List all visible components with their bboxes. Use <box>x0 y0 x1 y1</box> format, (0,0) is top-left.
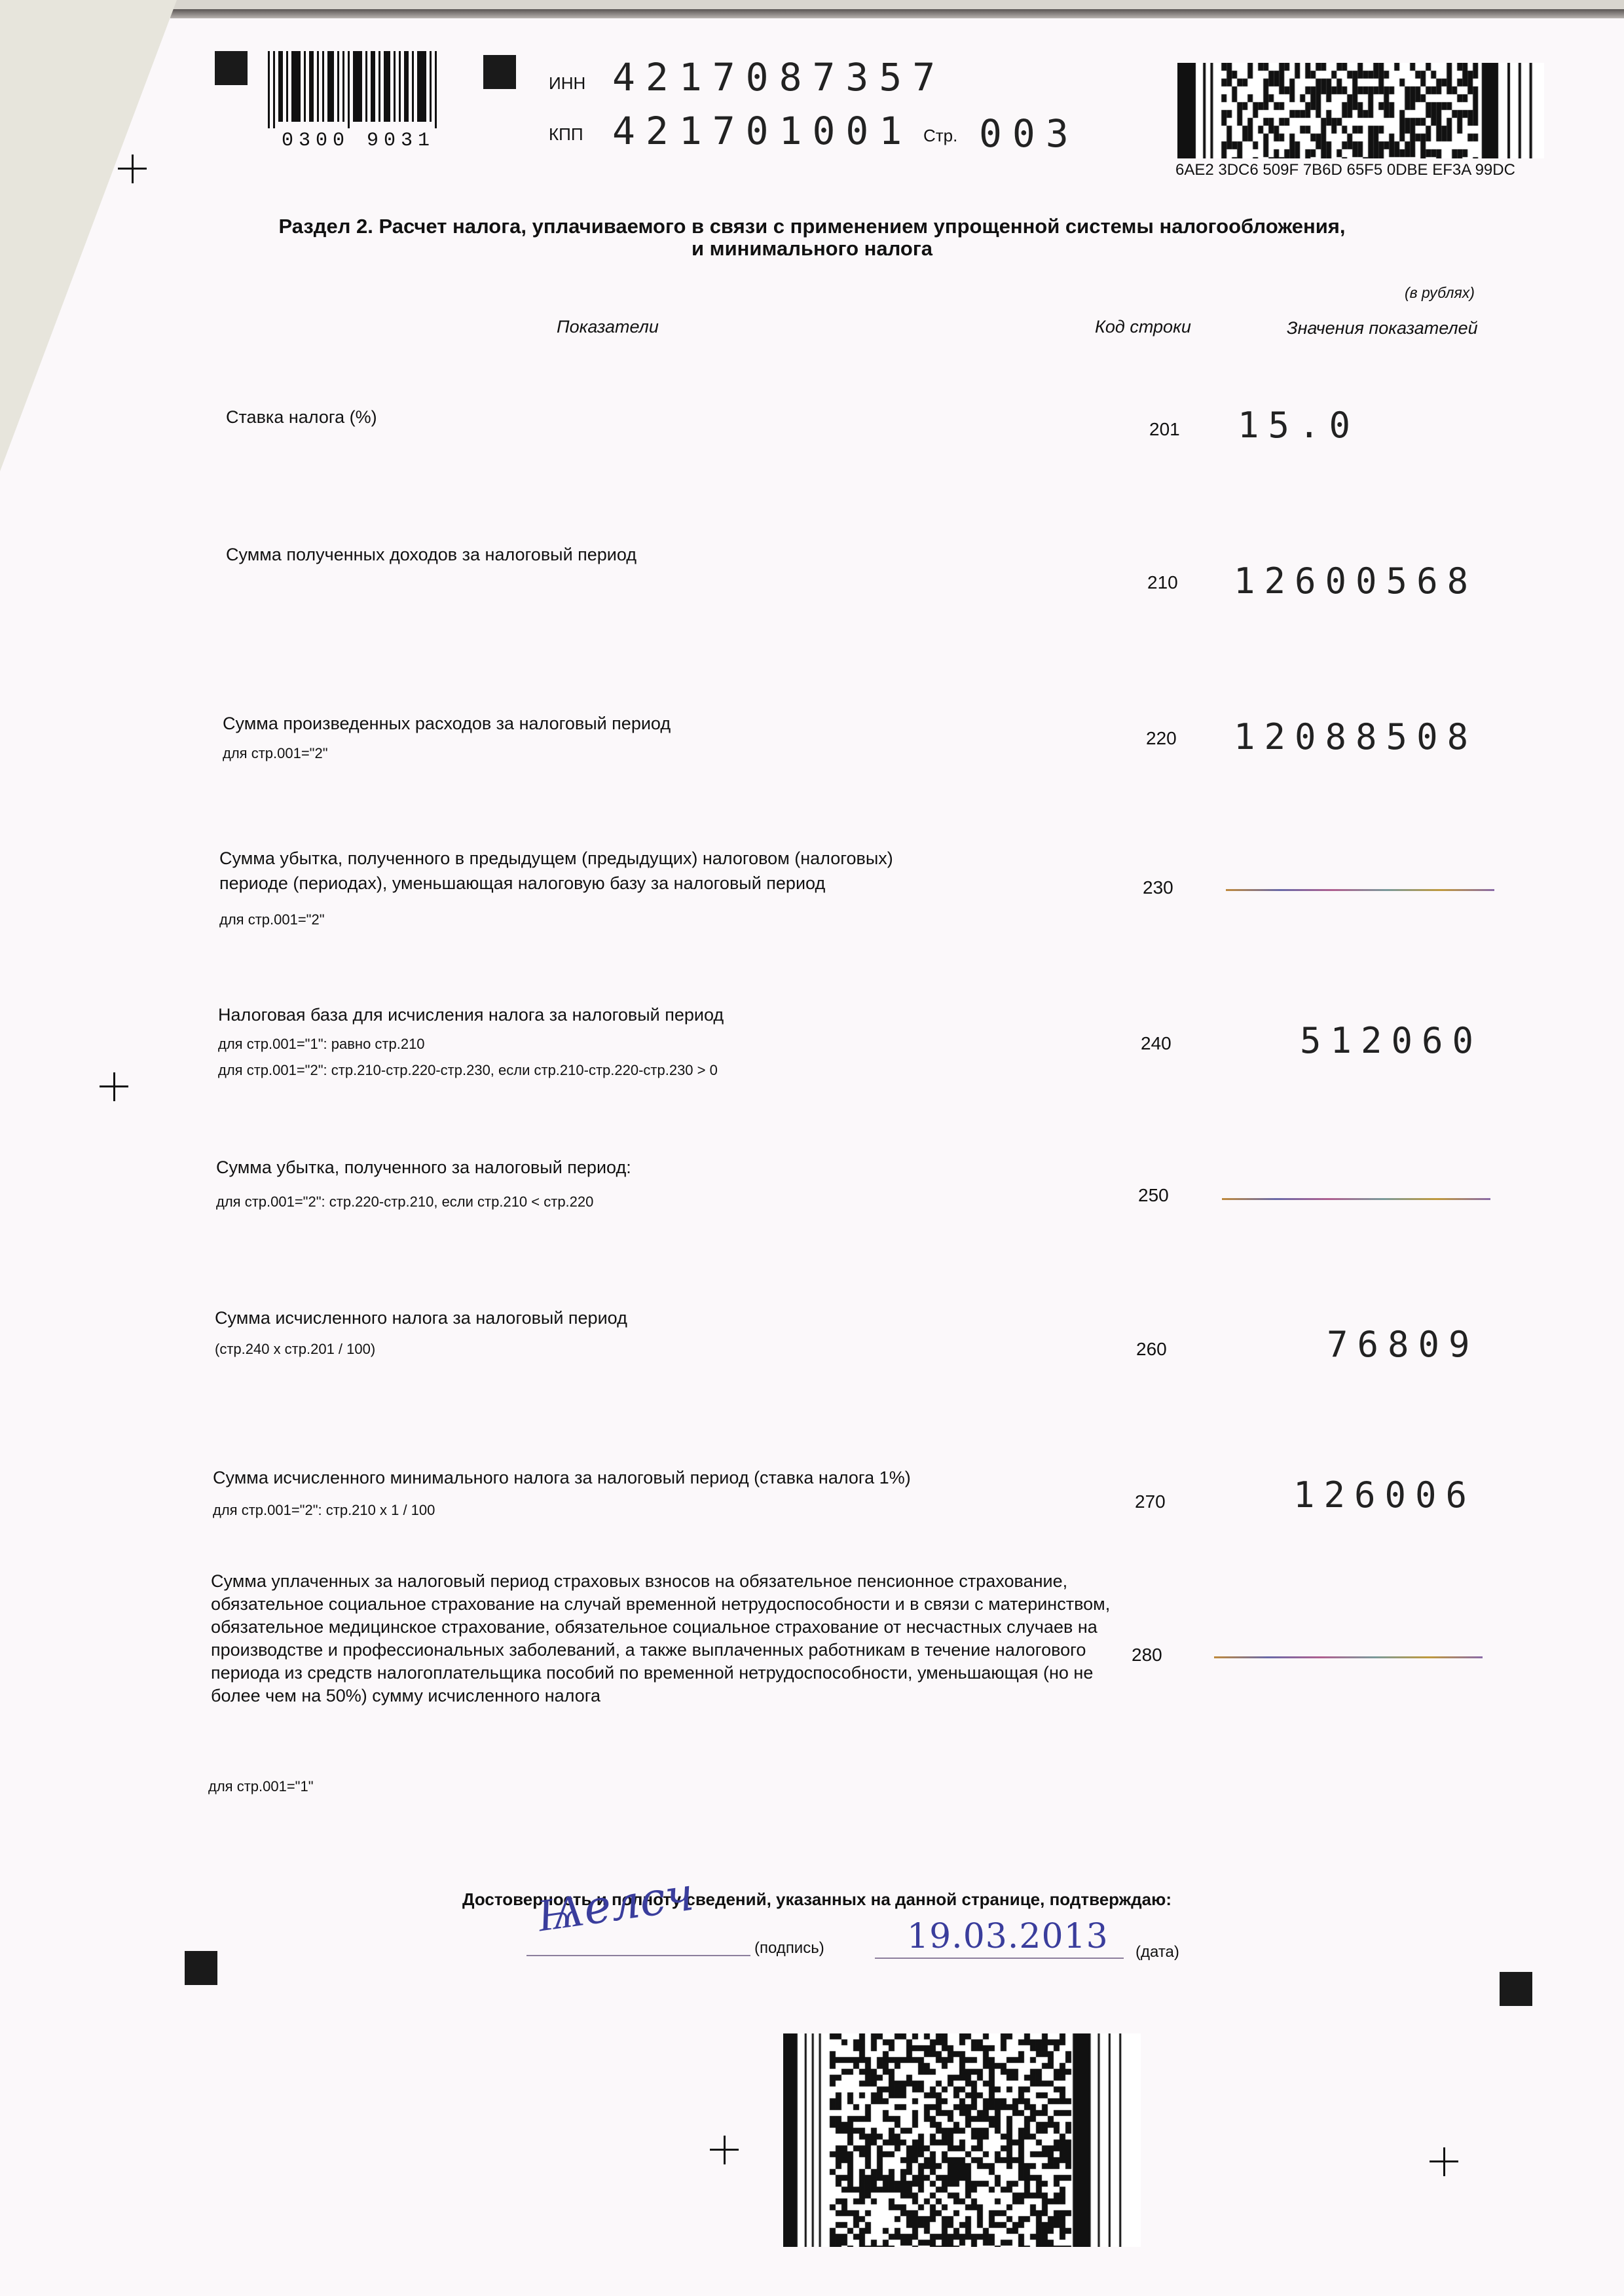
registration-cross <box>100 1072 128 1101</box>
page-label: Стр. <box>923 126 957 146</box>
row-220-code: 220 <box>1146 728 1177 749</box>
pdf417-code: 6AE2 3DC6 509F 7B6D 65F5 0DBE EF3A 99DC <box>1175 161 1515 179</box>
units-label: (в рублях) <box>1405 284 1475 302</box>
row-230-code: 230 <box>1143 877 1173 898</box>
kpp-value: 421701001 <box>612 109 912 153</box>
row-220-label: Сумма произведенных расходов за налоговы… <box>223 714 671 734</box>
registration-cross <box>710 2136 739 2164</box>
row-270-code: 270 <box>1135 1491 1166 1512</box>
row-270-label: Сумма исчисленного минимального налога з… <box>213 1468 911 1488</box>
row-201-value: 15.0 <box>1238 405 1359 446</box>
registration-cross <box>118 155 147 183</box>
registration-cross <box>1430 2147 1458 2176</box>
row-260-code: 260 <box>1136 1339 1167 1360</box>
row-250-code: 250 <box>1138 1185 1169 1206</box>
section-title-line2: и минимального налога <box>0 237 1624 261</box>
section-title: Раздел 2. Расчет налога, уплачиваемого в… <box>0 215 1624 238</box>
row-240-note-1: для стр.001="1": равно стр.210 <box>218 1036 425 1053</box>
row-240-note-2: для стр.001="2": стр.210-стр.220-стр.230… <box>218 1062 718 1079</box>
row-250-note: для стр.001="2": стр.220-стр.210, если с… <box>216 1194 593 1211</box>
alignment-marker <box>185 1951 217 1985</box>
column-header-indicators: Показатели <box>557 317 659 337</box>
inn-label: ИНН <box>549 73 585 94</box>
alignment-marker <box>215 51 248 85</box>
pdf417-barcode-bottom <box>783 2033 1141 2247</box>
row-210-label: Сумма полученных доходов за налоговый пе… <box>226 545 637 565</box>
date-line <box>875 1958 1124 1959</box>
signature-date: 19.03.2013 <box>907 1917 1109 1956</box>
row-260-value: 76809 <box>1327 1324 1479 1365</box>
form-barcode <box>268 51 468 128</box>
row-280-code: 280 <box>1132 1645 1162 1666</box>
row-280-empty-value <box>1214 1656 1483 1658</box>
row-201-code: 201 <box>1149 419 1180 440</box>
row-230-label-line2: периоде (периодах), уменьшающая налогову… <box>219 873 825 894</box>
signature-line <box>526 1955 750 1956</box>
row-280-label: Сумма уплаченных за налоговый период стр… <box>211 1570 1115 1707</box>
row-240-value: 512060 <box>1300 1020 1483 1061</box>
row-260-note: (стр.240 x стр.201 / 100) <box>215 1341 375 1358</box>
row-240-code: 240 <box>1141 1033 1172 1054</box>
row-230-label-line1: Сумма убытка, полученного в предыдущем (… <box>219 848 893 869</box>
row-230-empty-value <box>1226 889 1494 891</box>
row-230-note: для стр.001="2" <box>219 911 325 928</box>
scan-top-edge <box>170 9 1624 18</box>
date-caption: (дата) <box>1135 1943 1179 1961</box>
row-220-note: для стр.001="2" <box>223 745 328 762</box>
column-header-code: Код строки <box>1095 317 1191 337</box>
row-240-label: Налоговая база для исчисления налога за … <box>218 1005 724 1025</box>
row-280-note: для стр.001="1" <box>208 1778 314 1795</box>
row-201-label: Ставка налога (%) <box>226 407 377 428</box>
row-250-label: Сумма убытка, полученного за налоговый п… <box>216 1157 631 1178</box>
row-220-value: 12088508 <box>1234 716 1477 757</box>
column-header-values: Значения показателей <box>1287 318 1478 338</box>
alignment-marker <box>1500 1972 1532 2006</box>
signature-caption: (подпись) <box>754 1939 824 1958</box>
alignment-marker <box>483 55 516 89</box>
kpp-label: КПП <box>549 124 583 145</box>
row-250-empty-value <box>1222 1198 1490 1200</box>
row-210-value: 12600568 <box>1234 560 1477 602</box>
row-210-code: 210 <box>1147 572 1178 593</box>
inn-value: 4217087357 <box>612 55 946 100</box>
page-value: 003 <box>979 111 1079 156</box>
row-270-value: 126006 <box>1293 1474 1476 1516</box>
pdf417-barcode <box>1177 63 1544 158</box>
row-270-note: для стр.001="2": стр.210 x 1 / 100 <box>213 1502 435 1519</box>
row-260-label: Сумма исчисленного налога за налоговый п… <box>215 1308 627 1328</box>
form-barcode-digits: 0300 9031 <box>282 130 435 152</box>
